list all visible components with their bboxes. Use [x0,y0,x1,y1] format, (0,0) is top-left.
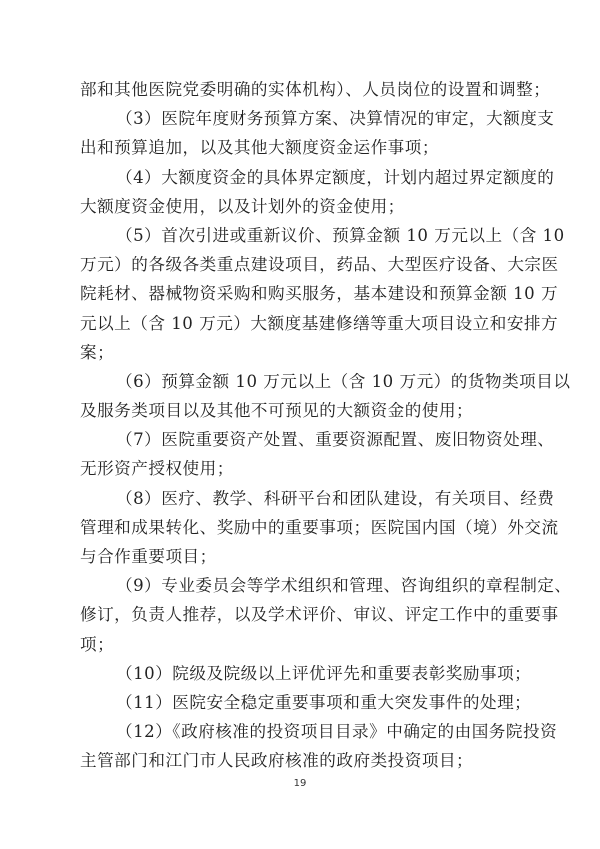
text-line: 主管部门和江门市人民政府核准的政府类投资项目； [80,746,522,775]
text-line: 无形资产授权使用； [80,454,522,483]
text-line: 万元）的各级各类重点建设项目，药品、大型医疗设备、大宗医 [80,250,522,279]
text-line: （10）院级及院级以上评优评先和重要表彰奖励事项； [80,659,522,688]
text-line: 与合作重要项目； [80,542,522,571]
text-line: 出和预算追加，以及其他大额度资金运作事项； [80,133,522,162]
text-line: （9）专业委员会等学术组织和管理、咨询组织的章程制定、 [80,571,522,600]
text-line: （3）医院年度财务预算方案、决算情况的审定，大额度支 [80,104,522,133]
text-line: 院耗材、器械物资采购和购买服务，基本建设和预算金额 10 万 [80,279,522,308]
text-line: 修订，负责人推荐，以及学术评价、审议、评定工作中的重要事 [80,600,522,629]
page-number: 19 [0,778,600,789]
text-line: 案； [80,338,522,367]
text-line: 部和其他医院党委明确的实体机构）、人员岗位的设置和调整； [80,75,522,104]
text-line: （4）大额度资金的具体界定额度，计划内超过界定额度的 [80,163,522,192]
text-line: （7）医院重要资产处置、重要资源配置、废旧物资处理、 [80,425,522,454]
text-line: （12）《政府核准的投资项目目录》中确定的由国务院投资 [80,717,522,746]
text-line: （5）首次引进或重新议价、预算金额 10 万元以上（含 10 [80,221,522,250]
text-line: 项； [80,630,522,659]
text-line: （11）医院安全稳定重要事项和重大突发事件的处理； [80,688,522,717]
text-line: （6）预算金额 10 万元以上（含 10 万元）的货物类项目以 [80,367,522,396]
text-line: 元以上（含 10 万元）大额度基建修缮等重大项目设立和安排方 [80,309,522,338]
text-line: 大额度资金使用，以及计划外的资金使用； [80,192,522,221]
text-line: 管理和成果转化、奖励中的重要事项；医院国内国（境）外交流 [80,513,522,542]
text-line: （8）医疗、教学、科研平台和团队建设，有关项目、经费 [80,484,522,513]
document-body: 部和其他医院党委明确的实体机构）、人员岗位的设置和调整；（3）医院年度财务预算方… [80,75,522,776]
text-line: 及服务类项目以及其他不可预见的大额资金的使用； [80,396,522,425]
